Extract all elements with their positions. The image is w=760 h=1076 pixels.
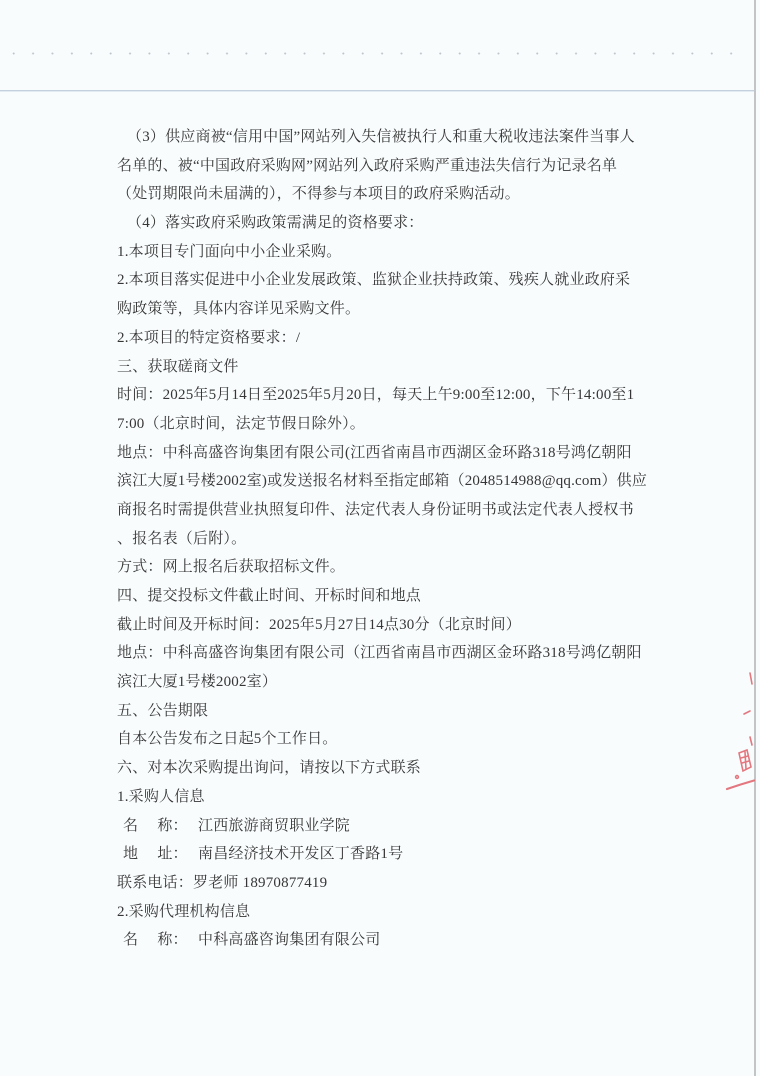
section3-place-line: 地点：中科高盛咨询集团有限公司(江西省南昌市西湖区金环路318号鸿亿朝阳 — [117, 439, 677, 468]
section3-place-line: 滨江大厦1号楼2002室)或发送报名材料至指定邮箱（2048514988@qq.… — [117, 467, 677, 496]
section4-place-line: 滨江大厦1号楼2002室） — [117, 668, 677, 697]
section3-heading: 三、获取磋商文件 — [117, 353, 677, 382]
purchaser-name-label: 名 称： — [123, 812, 198, 841]
qualification-item3-line: （3）供应商被“信用中国”网站列入失信被执行人和重大税收违法案件当事人 — [117, 123, 677, 152]
scan-dot-row — [4, 52, 748, 55]
purchaser-address-label: 地 址： — [123, 840, 198, 869]
qualification-item4-heading: （4）落实政府采购政策需满足的资格要求： — [117, 209, 677, 238]
purchaser-phone-label: 联系电话： — [117, 869, 193, 898]
section3-place-line: 商报名时需提供营业执照复印件、法定代表人身份证明书或法定代表人授权书 — [117, 496, 677, 525]
qualification-item4-point: 购政策等，具体内容详见采购文件。 — [117, 295, 677, 324]
purchaser-phone-value: 18970877419 — [243, 875, 328, 891]
document-body: （3）供应商被“信用中国”网站列入失信被执行人和重大税收违法案件当事人 名单的、… — [117, 123, 677, 955]
purchaser-heading: 1.采购人信息 — [117, 783, 677, 812]
purchaser-name-row: 名 称：江西旅游商贸职业学院 — [117, 812, 677, 841]
qualification-item3-line: 名单的、被“中国政府采购网”网站列入政府采购严重违法失信行为记录名单 — [117, 152, 677, 181]
purchaser-contact-name: 罗老师 — [193, 875, 239, 891]
section4-place-line: 地点：中科高盛咨询集团有限公司（江西省南昌市西湖区金环路318号鸿亿朝阳 — [117, 639, 677, 668]
section5-heading: 五、公告期限 — [117, 697, 677, 726]
header-divider — [0, 90, 756, 91]
section5-body: 自本公告发布之日起5个工作日。 — [117, 725, 677, 754]
page-right-edge — [754, 0, 756, 1076]
agency-name-label: 名 称： — [123, 926, 198, 955]
qualification-item3-line: （处罚期限尚未届满的），不得参与本项目的政府采购活动。 — [117, 180, 677, 209]
purchaser-address-value: 南昌经济技术开发区丁香路1号 — [198, 846, 403, 862]
scanned-document-page: （3）供应商被“信用中国”网站列入失信被执行人和重大税收违法案件当事人 名单的、… — [0, 0, 760, 1076]
section6-heading: 六、对本次采购提出询问，请按以下方式联系 — [117, 754, 677, 783]
qualification-item4-point: 1.本项目专门面向中小企业采购。 — [117, 238, 677, 267]
purchaser-address-row: 地 址：南昌经济技术开发区丁香路1号 — [117, 840, 677, 869]
purchaser-name-value: 江西旅游商贸职业学院 — [198, 818, 350, 834]
agency-heading: 2.采购代理机构信息 — [117, 898, 677, 927]
agency-name-row: 名 称：中科高盛咨询集团有限公司 — [117, 926, 677, 955]
section3-place-line: 、报名表（后附）。 — [117, 525, 677, 554]
qualification-item4-point: 2.本项目落实促进中小企业发展政策、监狱企业扶持政策、残疾人就业政府采 — [117, 266, 677, 295]
section3-time-line: 7:00（北京时间，法定节假日除外）。 — [117, 410, 677, 439]
section3-method: 方式：网上报名后获取招标文件。 — [117, 553, 677, 582]
section4-deadline: 截止时间及开标时间：2025年5月27日14点30分（北京时间） — [117, 611, 677, 640]
specific-qualification: 2.本项目的特定资格要求：/ — [117, 324, 677, 353]
purchaser-phone-row: 联系电话：罗老师18970877419 — [117, 869, 677, 898]
section4-heading: 四、提交投标文件截止时间、开标时间和地点 — [117, 582, 677, 611]
section3-time-line: 时间：2025年5月14日至2025年5月20日，每天上午9:00至12:00，… — [117, 381, 677, 410]
agency-name-value: 中科高盛咨询集团有限公司 — [198, 932, 380, 948]
